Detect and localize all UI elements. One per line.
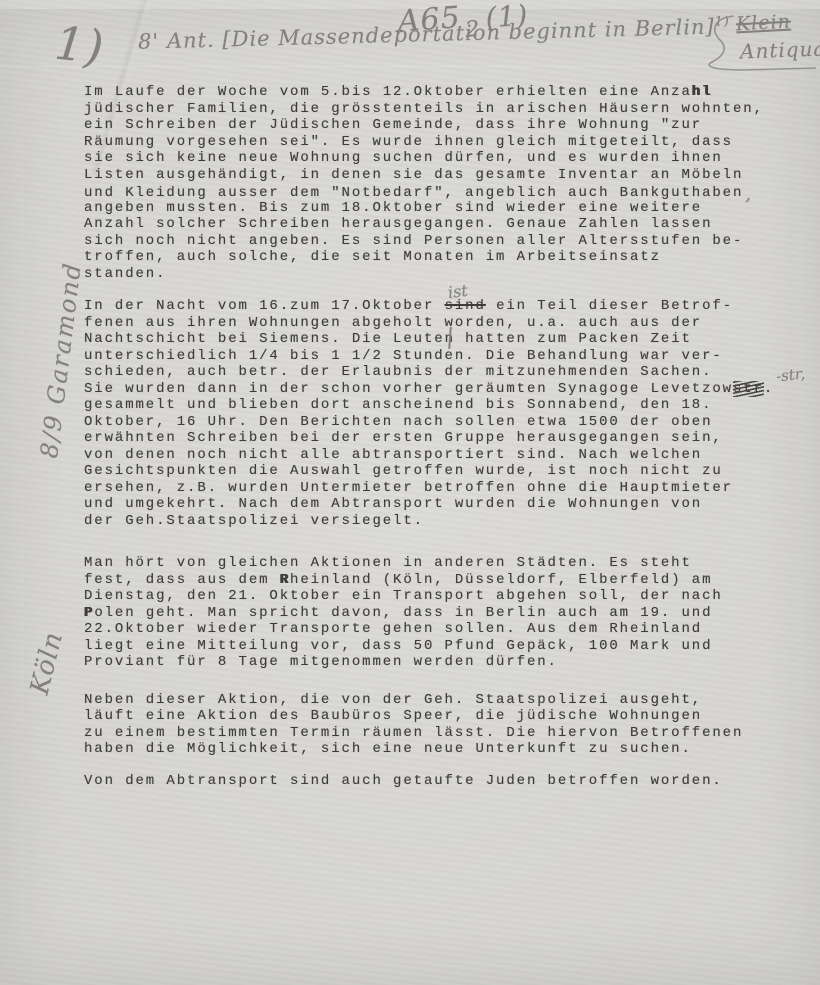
text-segment: Neben dieser Aktion, die von der Geh. St… xyxy=(84,692,702,708)
text-line: der Geh.Staatspolizei versiegelt. xyxy=(84,513,756,530)
text-line: unterschiedlich 1/4 bis 1 1/2 Stunden. D… xyxy=(84,348,756,365)
text-segment: gesammelt und blieben dort anscheinend b… xyxy=(84,397,712,413)
text-line: Listen ausgehändigt, in denen sie das ge… xyxy=(84,167,756,184)
text-segment: jüdischer Familien, die grösstenteils in… xyxy=(84,101,764,117)
text-segment: Sie wurden dann in der schon vorher gerä… xyxy=(84,381,733,397)
paragraph: In der Nacht vom 16.zum 17.Oktober sindi… xyxy=(84,298,756,529)
text-segment: läuft eine Aktion des Baubüros Speer, di… xyxy=(84,708,702,724)
text-line: und Kleidung ausser dem "Notbedarf", ang… xyxy=(84,183,756,200)
text-segment: Von dem Abtransport sind auch getaufte J… xyxy=(84,773,723,789)
text-segment: Proviant für 8 Tage mitgenommen werden d… xyxy=(84,654,558,670)
text-line: Oktober, 16 Uhr. Den Berichten nach soll… xyxy=(84,414,756,431)
text-segment: Oktober, 16 Uhr. Den Berichten nach soll… xyxy=(84,414,712,430)
text-line: zu einem bestimmten Termin räumen lässt.… xyxy=(84,725,756,742)
text-segment: hatten zum Packen Zeit xyxy=(455,331,692,347)
corrected-text-segment: hl xyxy=(692,84,713,100)
text-segment: sie sich keine neue Wohnung suchen dürfe… xyxy=(84,150,723,166)
typewritten-text: Im Laufe der Woche vom 5.bis 12.Oktober … xyxy=(84,84,756,789)
text-line: Nachtschicht bei Siemens. Die Leuten hat… xyxy=(84,331,756,348)
text-line: fenen aus ihren Wohnungen abgeholt worde… xyxy=(84,315,756,332)
text-line: Polen geht. Man spricht davon, dass in B… xyxy=(84,605,756,622)
text-line: Dienstag, den 21. Oktober ein Transport … xyxy=(84,588,756,605)
text-line: Räumung vorgesehen sei". Es wurde ihnen … xyxy=(84,134,756,151)
text-segment: fest, dass aus dem xyxy=(84,572,280,588)
text-segment: Listen ausgehändigt, in denen sie das ge… xyxy=(84,167,743,183)
text-segment: troffen, auch solche, die seit Monaten i… xyxy=(84,249,661,265)
text-line: standen. xyxy=(84,266,756,283)
text-line: liegt eine Mitteilung vor, dass 50 Pfund… xyxy=(84,638,756,655)
text-line: angeben mussten. Bis zum 18.Oktober sind… xyxy=(84,200,756,217)
text-segment: ersehen, z.B. wurden Untermieter betroff… xyxy=(84,480,733,496)
corrected-text-segment: , xyxy=(745,184,751,205)
handwritten-corner-number: 1) xyxy=(52,16,107,75)
text-segment: unterschiedlich 1/4 bis 1 1/2 Stunden. D… xyxy=(84,348,723,364)
text-segment: erwähnten Schreiben bei der ersten Grupp… xyxy=(84,430,723,446)
text-segment: und umgekehrt. Nach dem Abtransport wurd… xyxy=(84,496,702,512)
paragraph: Im Laufe der Woche vom 5.bis 12.Oktober … xyxy=(84,84,756,282)
text-line: In der Nacht vom 16.zum 17.Oktober sindi… xyxy=(84,298,756,315)
text-line: fest, dass aus dem Rheinland (Köln, Düss… xyxy=(84,572,756,589)
text-line: schieden, auch betr. der Erlaubnis der m… xyxy=(84,364,756,381)
text-segment: 22.Oktober wieder Transporte gehen solle… xyxy=(84,621,702,637)
scanned-document-page: 1) A652(1) 8' Ant. [Die Massendeportatio… xyxy=(0,0,820,985)
text-line: gesammelt und blieben dort anscheinend b… xyxy=(84,397,756,414)
pencil-correction-word: ist xyxy=(447,283,469,302)
text-line: Im Laufe der Woche vom 5.bis 12.Oktober … xyxy=(84,84,756,101)
text-line: sie sich keine neue Wohnung suchen dürfe… xyxy=(84,150,756,167)
text-segment: ein Schreiben der Jüdischen Gemeinde, da… xyxy=(84,117,702,133)
corrected-text-segment: sindist xyxy=(445,298,486,314)
text-segment: heinland (Köln, Düsseldorf, Elberfeld) a… xyxy=(290,572,712,588)
text-line: Proviant für 8 Tage mitgenommen werden d… xyxy=(84,654,756,671)
text-line: und umgekehrt. Nach dem Abtransport wurd… xyxy=(84,496,756,513)
text-line: läuft eine Aktion des Baubüros Speer, di… xyxy=(84,708,756,725)
text-line: Sie wurden dann in der schon vorher gerä… xyxy=(84,381,756,398)
text-segment: sich noch nicht angeben. Es sind Persone… xyxy=(84,233,743,249)
text-line: ein Schreiben der Jüdischen Gemeinde, da… xyxy=(84,117,756,134)
text-line: erwähnten Schreiben bei der ersten Grupp… xyxy=(84,430,756,447)
typeface-word: Antiqua xyxy=(740,37,820,64)
text-line: troffen, auch solche, die seit Monaten i… xyxy=(84,249,756,266)
left-margin-note-city: Köln xyxy=(12,577,82,749)
text-segment: In der Nacht vom 16.zum 17.Oktober xyxy=(84,298,445,314)
text-line: haben die Möglichkeit, sich eine neue Un… xyxy=(84,741,756,758)
text-segment: haben die Möglichkeit, sich eine neue Un… xyxy=(84,741,692,757)
text-segment: ein Teil dieser Betrof- xyxy=(486,298,733,314)
text-segment: olen geht. Man spricht davon, dass in Be… xyxy=(94,605,712,621)
text-segment: . xyxy=(764,381,774,397)
text-line: von denen noch nicht alle abtransportier… xyxy=(84,447,756,464)
paragraph: Neben dieser Aktion, die von der Geh. St… xyxy=(84,692,756,758)
text-segment: Nachtschicht bei Siemens. Die Leute xyxy=(84,331,445,347)
text-segment: der Geh.Staatspolizei versiegelt. xyxy=(84,513,424,529)
handwritten-typeface-note: Klein Antiqua xyxy=(694,6,820,96)
text-segment: Man hört von gleichen Aktionen in andere… xyxy=(84,555,692,571)
text-line: Von dem Abtransport sind auch getaufte J… xyxy=(84,773,756,790)
corrected-text-segment: str xyxy=(733,381,764,397)
text-line: sich noch nicht angeben. Es sind Persone… xyxy=(84,233,756,250)
text-segment: fenen aus ihren Wohnungen abgeholt worde… xyxy=(84,315,702,331)
text-line: Gesichtspunkten die Auswahl getroffen wu… xyxy=(84,463,756,480)
text-segment: Gesichtspunkten die Auswahl getroffen wu… xyxy=(84,463,723,479)
corrected-text-segment: n xyxy=(445,331,455,347)
text-line: Neben dieser Aktion, die von der Geh. St… xyxy=(84,692,756,709)
corrected-text-segment: R xyxy=(280,572,290,588)
text-segment: angeben mussten. Bis zum 18.Oktober sind… xyxy=(84,200,702,216)
text-line: ersehen, z.B. wurden Untermieter betroff… xyxy=(84,480,756,497)
text-segment: Im Laufe der Woche vom 5.bis 12.Oktober … xyxy=(84,84,692,100)
crossed-out-word: Klein xyxy=(735,11,791,36)
text-segment: Räumung vorgesehen sei". Es wurde ihnen … xyxy=(84,134,733,150)
text-line: 22.Oktober wieder Transporte gehen solle… xyxy=(84,621,756,638)
text-segment: zu einem bestimmten Termin räumen lässt.… xyxy=(84,725,743,741)
corrected-text-segment: P xyxy=(84,605,94,621)
right-margin-correction: -str, xyxy=(775,365,806,386)
text-segment: schieden, auch betr. der Erlaubnis der m… xyxy=(84,364,712,380)
text-segment: von denen noch nicht alle abtransportier… xyxy=(84,447,702,463)
paragraph: Man hört von gleichen Aktionen in andere… xyxy=(84,555,756,671)
text-line: Man hört von gleichen Aktionen in andere… xyxy=(84,555,756,572)
text-line: jüdischer Familien, die grösstenteils in… xyxy=(84,101,756,118)
text-segment: liegt eine Mitteilung vor, dass 50 Pfund… xyxy=(84,638,712,654)
text-segment: Anzahl solcher Schreiben herausgegangen.… xyxy=(84,216,712,232)
text-line: Anzahl solcher Schreiben herausgegangen.… xyxy=(84,216,756,233)
paragraph: Von dem Abtransport sind auch getaufte J… xyxy=(84,773,756,790)
text-segment: Dienstag, den 21. Oktober ein Transport … xyxy=(84,588,723,604)
text-segment: standen. xyxy=(84,266,166,282)
